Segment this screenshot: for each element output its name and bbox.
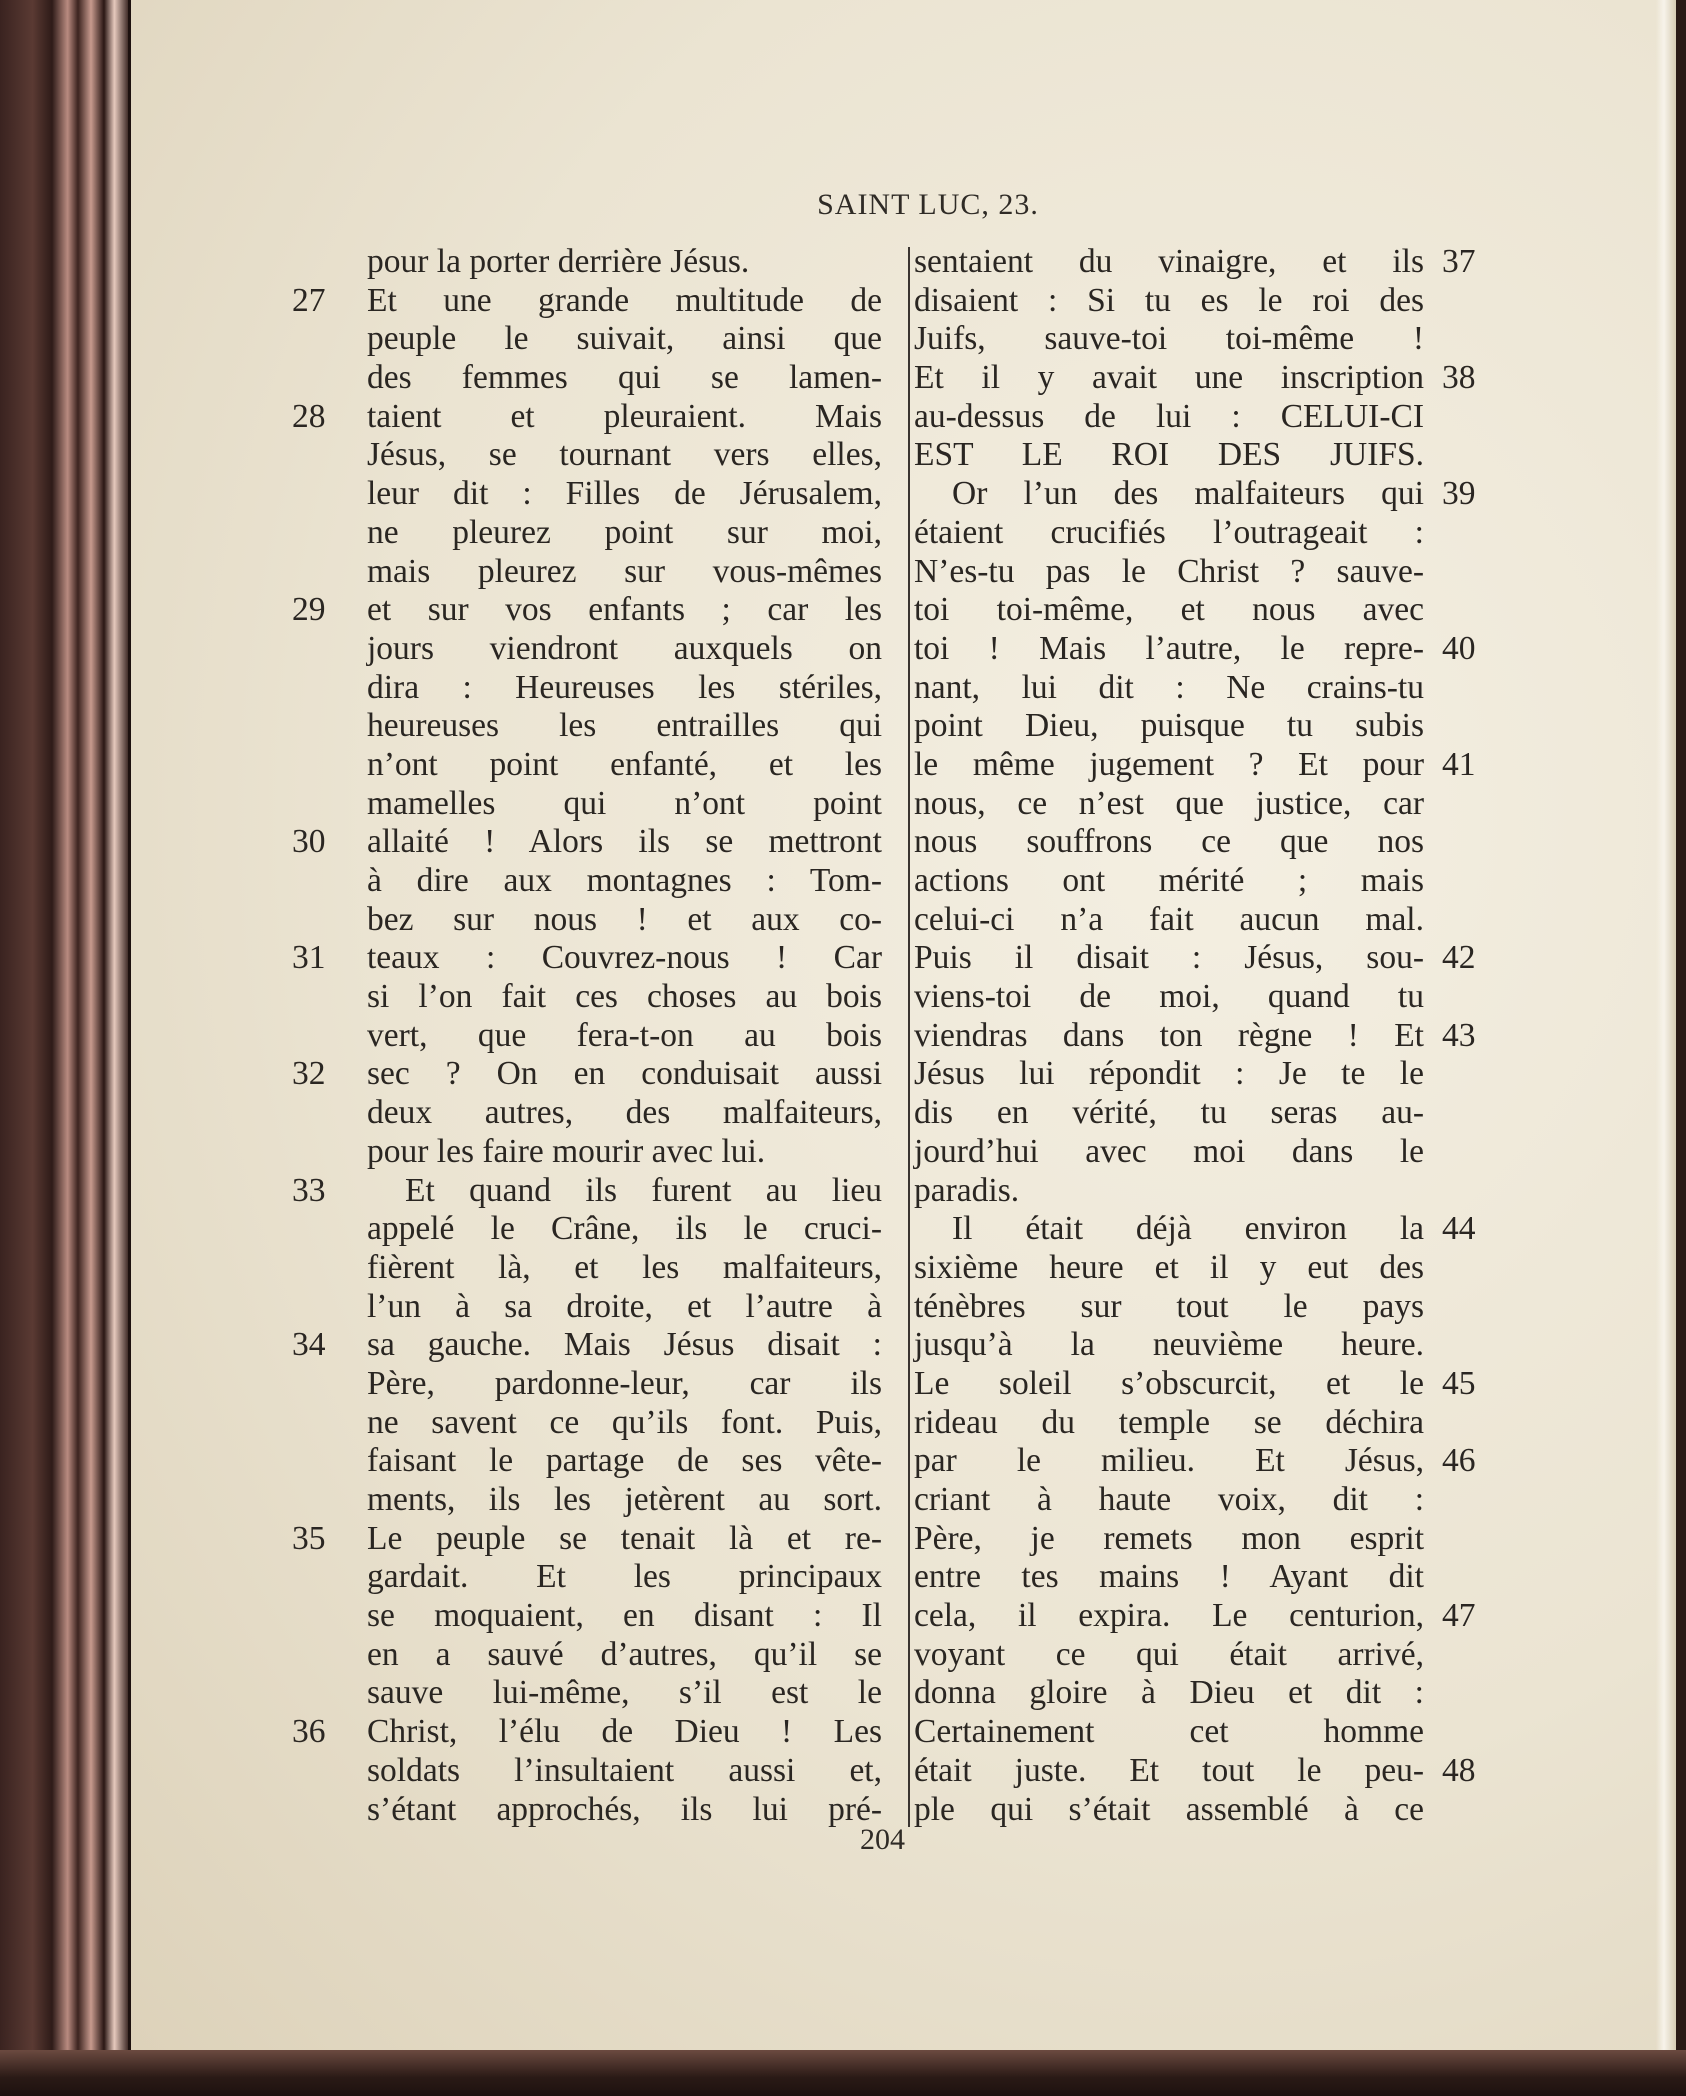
verse-text: mamelles qui n’ont point [367, 785, 882, 824]
verse-text: celui-ci n’a fait aucun mal. [914, 901, 1424, 940]
text-line: bez sur nous ! et aux co- [302, 901, 912, 940]
verse-number: 28 [292, 398, 352, 437]
text-line: donna gloire à Dieu et dit : [914, 1674, 1514, 1713]
text-line: 29et sur vos enfants ; car les [302, 591, 912, 630]
verse-text: se moquaient, en disant : Il [367, 1597, 882, 1636]
text-line: n’ont point enfanté, et les [302, 746, 912, 785]
text-line: l’un à sa droite, et l’autre à [302, 1288, 912, 1327]
text-line: nant, lui dit : Ne crains-tu [914, 669, 1514, 708]
text-line: nous, ce n’est que justice, car [914, 785, 1514, 824]
verse-text: faisant le partage de ses vête- [367, 1442, 882, 1481]
text-line: 33Et quand ils furent au lieu [302, 1172, 912, 1211]
verse-text: taient et pleuraient. Mais [367, 398, 882, 437]
verse-text: sa gauche. Mais Jésus disait : [367, 1326, 882, 1365]
verse-number: 33 [292, 1172, 352, 1211]
verse-number: 44 [1442, 1210, 1502, 1249]
text-line: 35Le peuple se tenait là et re- [302, 1520, 912, 1559]
verse-text: appelé le Crâne, ils le cruci- [367, 1210, 882, 1249]
verse-text: nous souffrons ce que nos [914, 823, 1424, 862]
text-line: nous souffrons ce que nos [914, 823, 1514, 862]
text-line: si l’on fait ces choses au bois [302, 978, 912, 1017]
verse-number: 47 [1442, 1597, 1502, 1636]
text-line: vert, que fera-t-on au bois [302, 1017, 912, 1056]
verse-text: donna gloire à Dieu et dit : [914, 1674, 1424, 1713]
book-binding-page-edges [0, 0, 130, 2096]
verse-number: 31 [292, 939, 352, 978]
verse-text: sixième heure et il y eut des [914, 1249, 1424, 1288]
text-line: paradis. [914, 1172, 1514, 1211]
verse-text: viens-toi de moi, quand tu [914, 978, 1424, 1017]
text-line: heureuses les entrailles qui [302, 707, 912, 746]
text-line: dis en vérité, tu seras au- [914, 1094, 1514, 1133]
text-line: fièrent là, et les malfaiteurs, [302, 1249, 912, 1288]
verse-text: Et il y avait une inscription [914, 359, 1424, 398]
text-line: N’es-tu pas le Christ ? sauve- [914, 553, 1514, 592]
verse-number: 27 [292, 282, 352, 321]
text-line: au-dessus de lui : CELUI-CI [914, 398, 1514, 437]
verse-text: teaux : Couvrez-nous ! Car [367, 939, 882, 978]
verse-text: Père, pardonne-leur, car ils [367, 1365, 882, 1404]
verse-number: 34 [292, 1326, 352, 1365]
verse-text: Le soleil s’obscurcit, et le [914, 1365, 1424, 1404]
text-line: entre tes mains ! Ayant dit [914, 1558, 1514, 1597]
text-line: en a sauvé d’autres, qu’il se [302, 1636, 912, 1675]
verse-number: 42 [1442, 939, 1502, 978]
right-text-column: 37sentaient du vinaigre, et ilsdisaient … [914, 243, 1514, 1829]
verse-text: dira : Heureuses les stériles, [367, 669, 882, 708]
verse-text: fièrent là, et les malfaiteurs, [367, 1249, 882, 1288]
verse-text: sentaient du vinaigre, et ils [914, 243, 1424, 282]
verse-text: mais pleurez sur vous-mêmes [367, 553, 882, 592]
verse-text: n’ont point enfanté, et les [367, 746, 882, 785]
verse-text: Et quand ils furent au lieu [367, 1172, 882, 1211]
verse-number: 40 [1442, 630, 1502, 669]
verse-text: jours viendront auxquels on [367, 630, 882, 669]
text-line: sauve lui-même, s’il est le [302, 1674, 912, 1713]
text-line: 45Le soleil s’obscurcit, et le [914, 1365, 1514, 1404]
text-line: EST LE ROI DES JUIFS. [914, 436, 1514, 475]
verse-text: paradis. [914, 1172, 1424, 1211]
verse-text: Jésus, se tournant vers elles, [367, 436, 882, 475]
text-line: pour les faire mourir avec lui. [302, 1133, 912, 1172]
verse-text: jourd’hui avec moi dans le [914, 1133, 1424, 1172]
page-number: 204 [860, 1823, 905, 1857]
text-line: celui-ci n’a fait aucun mal. [914, 901, 1514, 940]
verse-text: jusqu’à la neuvième heure. [914, 1326, 1424, 1365]
verse-text: ténèbres sur tout le pays [914, 1288, 1424, 1327]
verse-number: 32 [292, 1055, 352, 1094]
text-line: deux autres, des malfaiteurs, [302, 1094, 912, 1133]
left-text-column: pour la porter derrière Jésus.27Et une g… [302, 243, 912, 1829]
verse-text: et sur vos enfants ; car les [367, 591, 882, 630]
verse-number: 45 [1442, 1365, 1502, 1404]
text-line: 40toi ! Mais l’autre, le repre- [914, 630, 1514, 669]
verse-text: ments, ils les jetèrent au sort. [367, 1481, 882, 1520]
verse-text: actions ont mérité ; mais [914, 862, 1424, 901]
verse-number: 37 [1442, 243, 1502, 282]
running-head: SAINT LUC, 23. [0, 188, 1686, 222]
text-line: jours viendront auxquels on [302, 630, 912, 669]
text-line: ténèbres sur tout le pays [914, 1288, 1514, 1327]
text-line: s’étant approchés, ils lui pré- [302, 1791, 912, 1830]
text-line: disaient : Si tu es le roi des [914, 282, 1514, 321]
text-line: 39Or l’un des malfaiteurs qui [914, 475, 1514, 514]
text-line: criant à haute voix, dit : [914, 1481, 1514, 1520]
text-line: point Dieu, puisque tu subis [914, 707, 1514, 746]
verse-text: était juste. Et tout le peu- [914, 1752, 1424, 1791]
verse-text: rideau du temple se déchira [914, 1404, 1424, 1443]
text-line: leur dit : Filles de Jérusalem, [302, 475, 912, 514]
text-line: 30allaité ! Alors ils se mettront [302, 823, 912, 862]
verse-text: EST LE ROI DES JUIFS. [914, 436, 1424, 475]
text-line: pour la porter derrière Jésus. [302, 243, 912, 282]
verse-text: toi ! Mais l’autre, le repre- [914, 630, 1424, 669]
verse-number: 35 [292, 1520, 352, 1559]
text-line: 28taient et pleuraient. Mais [302, 398, 912, 437]
text-line: toi toi-même, et nous avec [914, 591, 1514, 630]
verse-text: N’es-tu pas le Christ ? sauve- [914, 553, 1424, 592]
text-line: ne savent ce qu’ils font. Puis, [302, 1404, 912, 1443]
verse-text: l’un à sa droite, et l’autre à [367, 1288, 882, 1327]
text-line: Jésus, se tournant vers elles, [302, 436, 912, 475]
text-line: Certainement cet homme [914, 1713, 1514, 1752]
verse-text: allaité ! Alors ils se mettront [367, 823, 882, 862]
verse-text: ne savent ce qu’ils font. Puis, [367, 1404, 882, 1443]
verse-text: dis en vérité, tu seras au- [914, 1094, 1424, 1133]
verse-text: sec ? On en conduisait aussi [367, 1055, 882, 1094]
verse-text: Le peuple se tenait là et re- [367, 1520, 882, 1559]
text-line: 43viendras dans ton règne ! Et [914, 1017, 1514, 1056]
verse-number: 38 [1442, 359, 1502, 398]
verse-text: leur dit : Filles de Jérusalem, [367, 475, 882, 514]
verse-number: 39 [1442, 475, 1502, 514]
text-line: 48était juste. Et tout le peu- [914, 1752, 1514, 1791]
verse-text: si l’on fait ces choses au bois [367, 978, 882, 1017]
verse-text: soldats l’insultaient aussi et, [367, 1752, 882, 1791]
text-line: voyant ce qui était arrivé, [914, 1636, 1514, 1675]
verse-text: disaient : Si tu es le roi des [914, 282, 1424, 321]
verse-text: au-dessus de lui : CELUI-CI [914, 398, 1424, 437]
text-line: 27Et une grande multitude de [302, 282, 912, 321]
verse-text: viendras dans ton règne ! Et [914, 1017, 1424, 1056]
verse-text: à dire aux montagnes : Tom- [367, 862, 882, 901]
verse-text: des femmes qui se lamen- [367, 359, 882, 398]
text-line: 34sa gauche. Mais Jésus disait : [302, 1326, 912, 1365]
verse-text: toi toi-même, et nous avec [914, 591, 1424, 630]
text-line: Juifs, sauve-toi toi-même ! [914, 320, 1514, 359]
text-line: 47cela, il expira. Le centurion, [914, 1597, 1514, 1636]
text-line: Jésus lui répondit : Je te le [914, 1055, 1514, 1094]
text-line: mamelles qui n’ont point [302, 785, 912, 824]
text-line: jusqu’à la neuvième heure. [914, 1326, 1514, 1365]
verse-number: 43 [1442, 1017, 1502, 1056]
verse-text: ne pleurez point sur moi, [367, 514, 882, 553]
text-line: 32sec ? On en conduisait aussi [302, 1055, 912, 1094]
verse-number: 48 [1442, 1752, 1502, 1791]
book-bottom-edge [0, 2050, 1686, 2096]
verse-text: cela, il expira. Le centurion, [914, 1597, 1424, 1636]
text-line: peuple le suivait, ainsi que [302, 320, 912, 359]
verse-text: Or l’un des malfaiteurs qui [914, 475, 1424, 514]
verse-text: deux autres, des malfaiteurs, [367, 1094, 882, 1133]
verse-text: Jésus lui répondit : Je te le [914, 1055, 1424, 1094]
verse-text: point Dieu, puisque tu subis [914, 707, 1424, 746]
text-line: à dire aux montagnes : Tom- [302, 862, 912, 901]
verse-text: en a sauvé d’autres, qu’il se [367, 1636, 882, 1675]
text-line: 44Il était déjà environ la [914, 1210, 1514, 1249]
verse-text: gardait. Et les principaux [367, 1558, 882, 1597]
text-line: viens-toi de moi, quand tu [914, 978, 1514, 1017]
verse-number: 41 [1442, 746, 1502, 785]
verse-text: Il était déjà environ la [914, 1210, 1424, 1249]
text-line: ments, ils les jetèrent au sort. [302, 1481, 912, 1520]
text-line: soldats l’insultaient aussi et, [302, 1752, 912, 1791]
verse-text: Juifs, sauve-toi toi-même ! [914, 320, 1424, 359]
text-line: 31teaux : Couvrez-nous ! Car [302, 939, 912, 978]
column-divider-rule [908, 247, 910, 1827]
verse-text: nant, lui dit : Ne crains-tu [914, 669, 1424, 708]
verse-text: vert, que fera-t-on au bois [367, 1017, 882, 1056]
verse-text: Père, je remets mon esprit [914, 1520, 1424, 1559]
verse-text: le même jugement ? Et pour [914, 746, 1424, 785]
text-line: 42Puis il disait : Jésus, sou- [914, 939, 1514, 978]
verse-text: Puis il disait : Jésus, sou- [914, 939, 1424, 978]
text-line: faisant le partage de ses vête- [302, 1442, 912, 1481]
verse-text: peuple le suivait, ainsi que [367, 320, 882, 359]
text-line: se moquaient, en disant : Il [302, 1597, 912, 1636]
verse-text: Christ, l’élu de Dieu ! Les [367, 1713, 882, 1752]
text-line: ne pleurez point sur moi, [302, 514, 912, 553]
text-line: sixième heure et il y eut des [914, 1249, 1514, 1288]
verse-text: criant à haute voix, dit : [914, 1481, 1424, 1520]
verse-text: sauve lui-même, s’il est le [367, 1674, 882, 1713]
verse-text: pour les faire mourir avec lui. [367, 1133, 882, 1172]
text-line: Père, pardonne-leur, car ils [302, 1365, 912, 1404]
verse-text: s’étant approchés, ils lui pré- [367, 1791, 882, 1830]
text-line: ple qui s’était assemblé à ce [914, 1791, 1514, 1830]
verse-text: voyant ce qui était arrivé, [914, 1636, 1424, 1675]
text-line: étaient crucifiés l’outrageait : [914, 514, 1514, 553]
text-line: gardait. Et les principaux [302, 1558, 912, 1597]
text-line: jourd’hui avec moi dans le [914, 1133, 1514, 1172]
verse-text: pour la porter derrière Jésus. [367, 243, 882, 282]
text-line: 41le même jugement ? Et pour [914, 746, 1514, 785]
text-line: 36Christ, l’élu de Dieu ! Les [302, 1713, 912, 1752]
verse-number: 29 [292, 591, 352, 630]
text-line: 46par le milieu. Et Jésus, [914, 1442, 1514, 1481]
page-gutter-shadow [1656, 0, 1676, 2050]
verse-text: étaient crucifiés l’outrageait : [914, 514, 1424, 553]
text-line: dira : Heureuses les stériles, [302, 669, 912, 708]
text-line: 38Et il y avait une inscription [914, 359, 1514, 398]
verse-text: par le milieu. Et Jésus, [914, 1442, 1424, 1481]
text-line: des femmes qui se lamen- [302, 359, 912, 398]
verse-text: entre tes mains ! Ayant dit [914, 1558, 1424, 1597]
verse-text: ple qui s’était assemblé à ce [914, 1791, 1424, 1830]
text-line: appelé le Crâne, ils le cruci- [302, 1210, 912, 1249]
text-line: rideau du temple se déchira [914, 1404, 1514, 1443]
verse-text: Certainement cet homme [914, 1713, 1424, 1752]
verse-text: bez sur nous ! et aux co- [367, 901, 882, 940]
text-line: 37sentaient du vinaigre, et ils [914, 243, 1514, 282]
text-line: actions ont mérité ; mais [914, 862, 1514, 901]
text-line: mais pleurez sur vous-mêmes [302, 553, 912, 592]
verse-text: Et une grande multitude de [367, 282, 882, 321]
text-line: Père, je remets mon esprit [914, 1520, 1514, 1559]
verse-number: 30 [292, 823, 352, 862]
verse-number: 36 [292, 1713, 352, 1752]
verse-text: nous, ce n’est que justice, car [914, 785, 1424, 824]
verse-number: 46 [1442, 1442, 1502, 1481]
verse-text: heureuses les entrailles qui [367, 707, 882, 746]
